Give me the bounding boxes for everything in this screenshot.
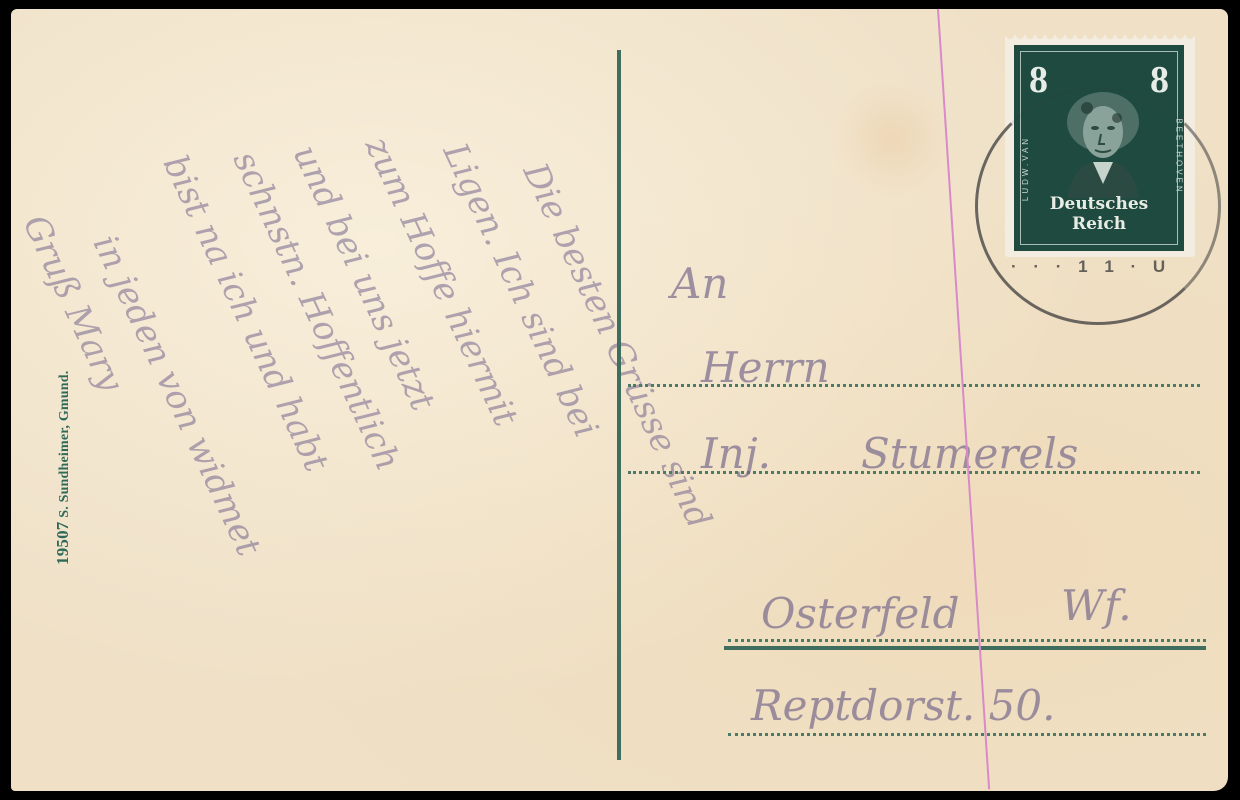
card-divider-line — [617, 50, 621, 760]
address-line-3 — [728, 639, 1206, 642]
stamp-value-left: 8 — [1029, 58, 1048, 102]
address-street: Reptdorst. 50. — [751, 681, 1055, 730]
postmark-cancellation — [975, 87, 1221, 325]
address-herrn: Herrn — [701, 343, 830, 392]
address-name: Stumerels — [861, 429, 1078, 478]
address-region: Wf. — [1061, 581, 1132, 630]
address-line-4 — [728, 733, 1206, 736]
postcard-back: 19507 S. Sundheimer, Gmund. Die besten G… — [11, 9, 1228, 791]
postmark-text: · · · 1 1 · U — [1011, 257, 1171, 277]
stamp-value-right: 8 — [1150, 58, 1169, 102]
publisher-number: 19507 — [53, 522, 72, 566]
address-underline-city — [724, 646, 1206, 650]
pink-ruled-line — [937, 9, 990, 789]
address-title: Inj. — [701, 429, 771, 478]
address-an: An — [671, 259, 728, 308]
publisher-name: S. Sundheimer, Gmund. — [57, 371, 72, 518]
address-city: Osterfeld — [761, 589, 960, 638]
